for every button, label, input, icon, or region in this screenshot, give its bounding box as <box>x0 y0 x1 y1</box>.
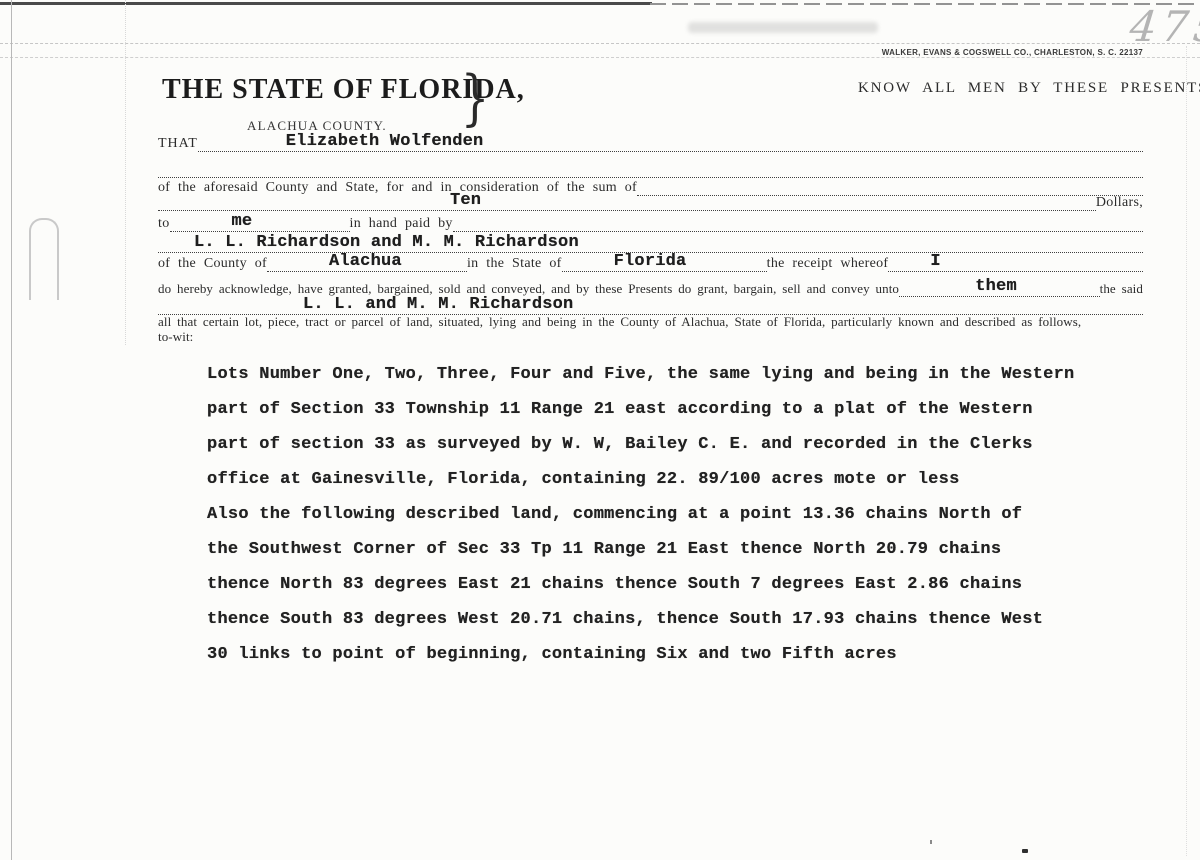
legal-description-line: thence South 83 degrees West 20.71 chain… <box>207 602 1107 637</box>
legal-description-line: part of section 33 as surveyed by W. W, … <box>207 427 1107 462</box>
left-edge-line <box>11 0 12 860</box>
the-said-text: the said <box>1100 281 1143 297</box>
receipt-by-typed: I <box>930 253 940 270</box>
grantor-row: THAT Elizabeth Wolfenden <box>158 136 1143 152</box>
receipt-blank-line: I <box>888 256 1143 272</box>
said-grantees-row: L. L. and M. M. Richardson <box>158 299 1143 315</box>
left-dotted-crease <box>125 0 126 345</box>
legal-description-line: thence North 83 degrees East 21 chains t… <box>207 567 1107 602</box>
scan-fold-line <box>0 43 1200 44</box>
dollars-label: Dollars, <box>1096 195 1143 211</box>
legal-description-line: Also the following described land, comme… <box>207 497 1107 532</box>
grantor-blank-line: Elizabeth Wolfenden <box>198 136 1143 152</box>
top-border-dashed-segment <box>650 3 1200 5</box>
consideration-blank-line <box>637 180 1143 196</box>
legal-description-line: the Southwest Corner of Sec 33 Tp 11 Ran… <box>207 532 1107 567</box>
said-grantees-typed: L. L. and M. M. Richardson <box>303 296 573 313</box>
state-typed: Florida <box>614 253 687 270</box>
scan-smudge <box>688 22 878 33</box>
top-border-segment <box>0 2 652 5</box>
amount-blank-line: Ten <box>158 195 1096 211</box>
grantees-typed: L. L. Richardson and M. M. Richardson <box>194 234 579 251</box>
legal-description-line: office at Gainesville, Florida, containi… <box>207 462 1107 497</box>
receipt-text: the receipt whereof <box>767 256 889 272</box>
to-wit-label: to-wit: <box>158 329 1148 345</box>
legal-description-line: part of Section 33 Township 11 Range 21 … <box>207 392 1107 427</box>
state-blank-line: Florida <box>562 256 767 272</box>
right-edge-line <box>1186 46 1187 856</box>
paid-to-blank-line: me <box>170 216 350 232</box>
presents-heading: KNOW ALL MEN BY THESE PRESENTS <box>858 80 1200 97</box>
brace-glyph: } <box>461 68 490 128</box>
unto-blank-line: them <box>899 281 1100 297</box>
state-of-text: in the State of <box>467 256 562 272</box>
ink-speck <box>1022 849 1028 853</box>
blank-row <box>158 162 1143 178</box>
to-label: to <box>158 216 170 232</box>
amount-typed: Ten <box>450 192 481 209</box>
consideration-row: of the aforesaid County and State, for a… <box>158 180 1143 196</box>
paid-by-row: to me in hand paid by <box>158 216 1143 232</box>
amount-row: Ten Dollars, <box>158 195 1143 211</box>
scan-fold-line <box>0 57 1200 58</box>
county-typed: Alachua <box>329 253 402 270</box>
grantees-blank-line: L. L. Richardson and M. M. Richardson <box>158 237 1143 253</box>
county-blank-line: Alachua <box>267 256 467 272</box>
printer-credit: WALKER, EVANS & COGSWELL CO., CHARLESTON… <box>882 48 1143 57</box>
blank-line <box>158 162 1143 178</box>
unto-typed: them <box>975 278 1017 295</box>
grantees-row: L. L. Richardson and M. M. Richardson <box>158 237 1143 253</box>
legal-description-line: 30 links to point of beginning, containi… <box>207 637 1107 672</box>
consideration-text: of the aforesaid County and State, for a… <box>158 180 637 196</box>
county-of-text: of the County of <box>158 256 267 272</box>
that-label: THAT <box>158 136 198 152</box>
in-hand-text: in hand paid by <box>350 216 453 232</box>
said-grantees-blank-line: L. L. and M. M. Richardson <box>158 299 1143 315</box>
legal-description-line: Lots Number One, Two, Three, Four and Fi… <box>207 357 1107 392</box>
parcel-text: all that certain lot, piece, tract or pa… <box>158 314 1148 330</box>
scanned-deed-page: 475 WALKER, EVANS & COGSWELL CO., CHARLE… <box>0 0 1200 860</box>
grantor-name-typed: Elizabeth Wolfenden <box>286 133 484 150</box>
ink-speck <box>930 840 932 844</box>
margin-pen-mark <box>29 218 59 300</box>
page-number: 475 <box>1127 2 1200 51</box>
county-state-row: of the County of Alachua in the State of… <box>158 256 1143 272</box>
paid-to-typed: me <box>232 213 253 230</box>
legal-description-block: Lots Number One, Two, Three, Four and Fi… <box>207 357 1107 672</box>
paid-by-blank-line <box>453 216 1143 232</box>
